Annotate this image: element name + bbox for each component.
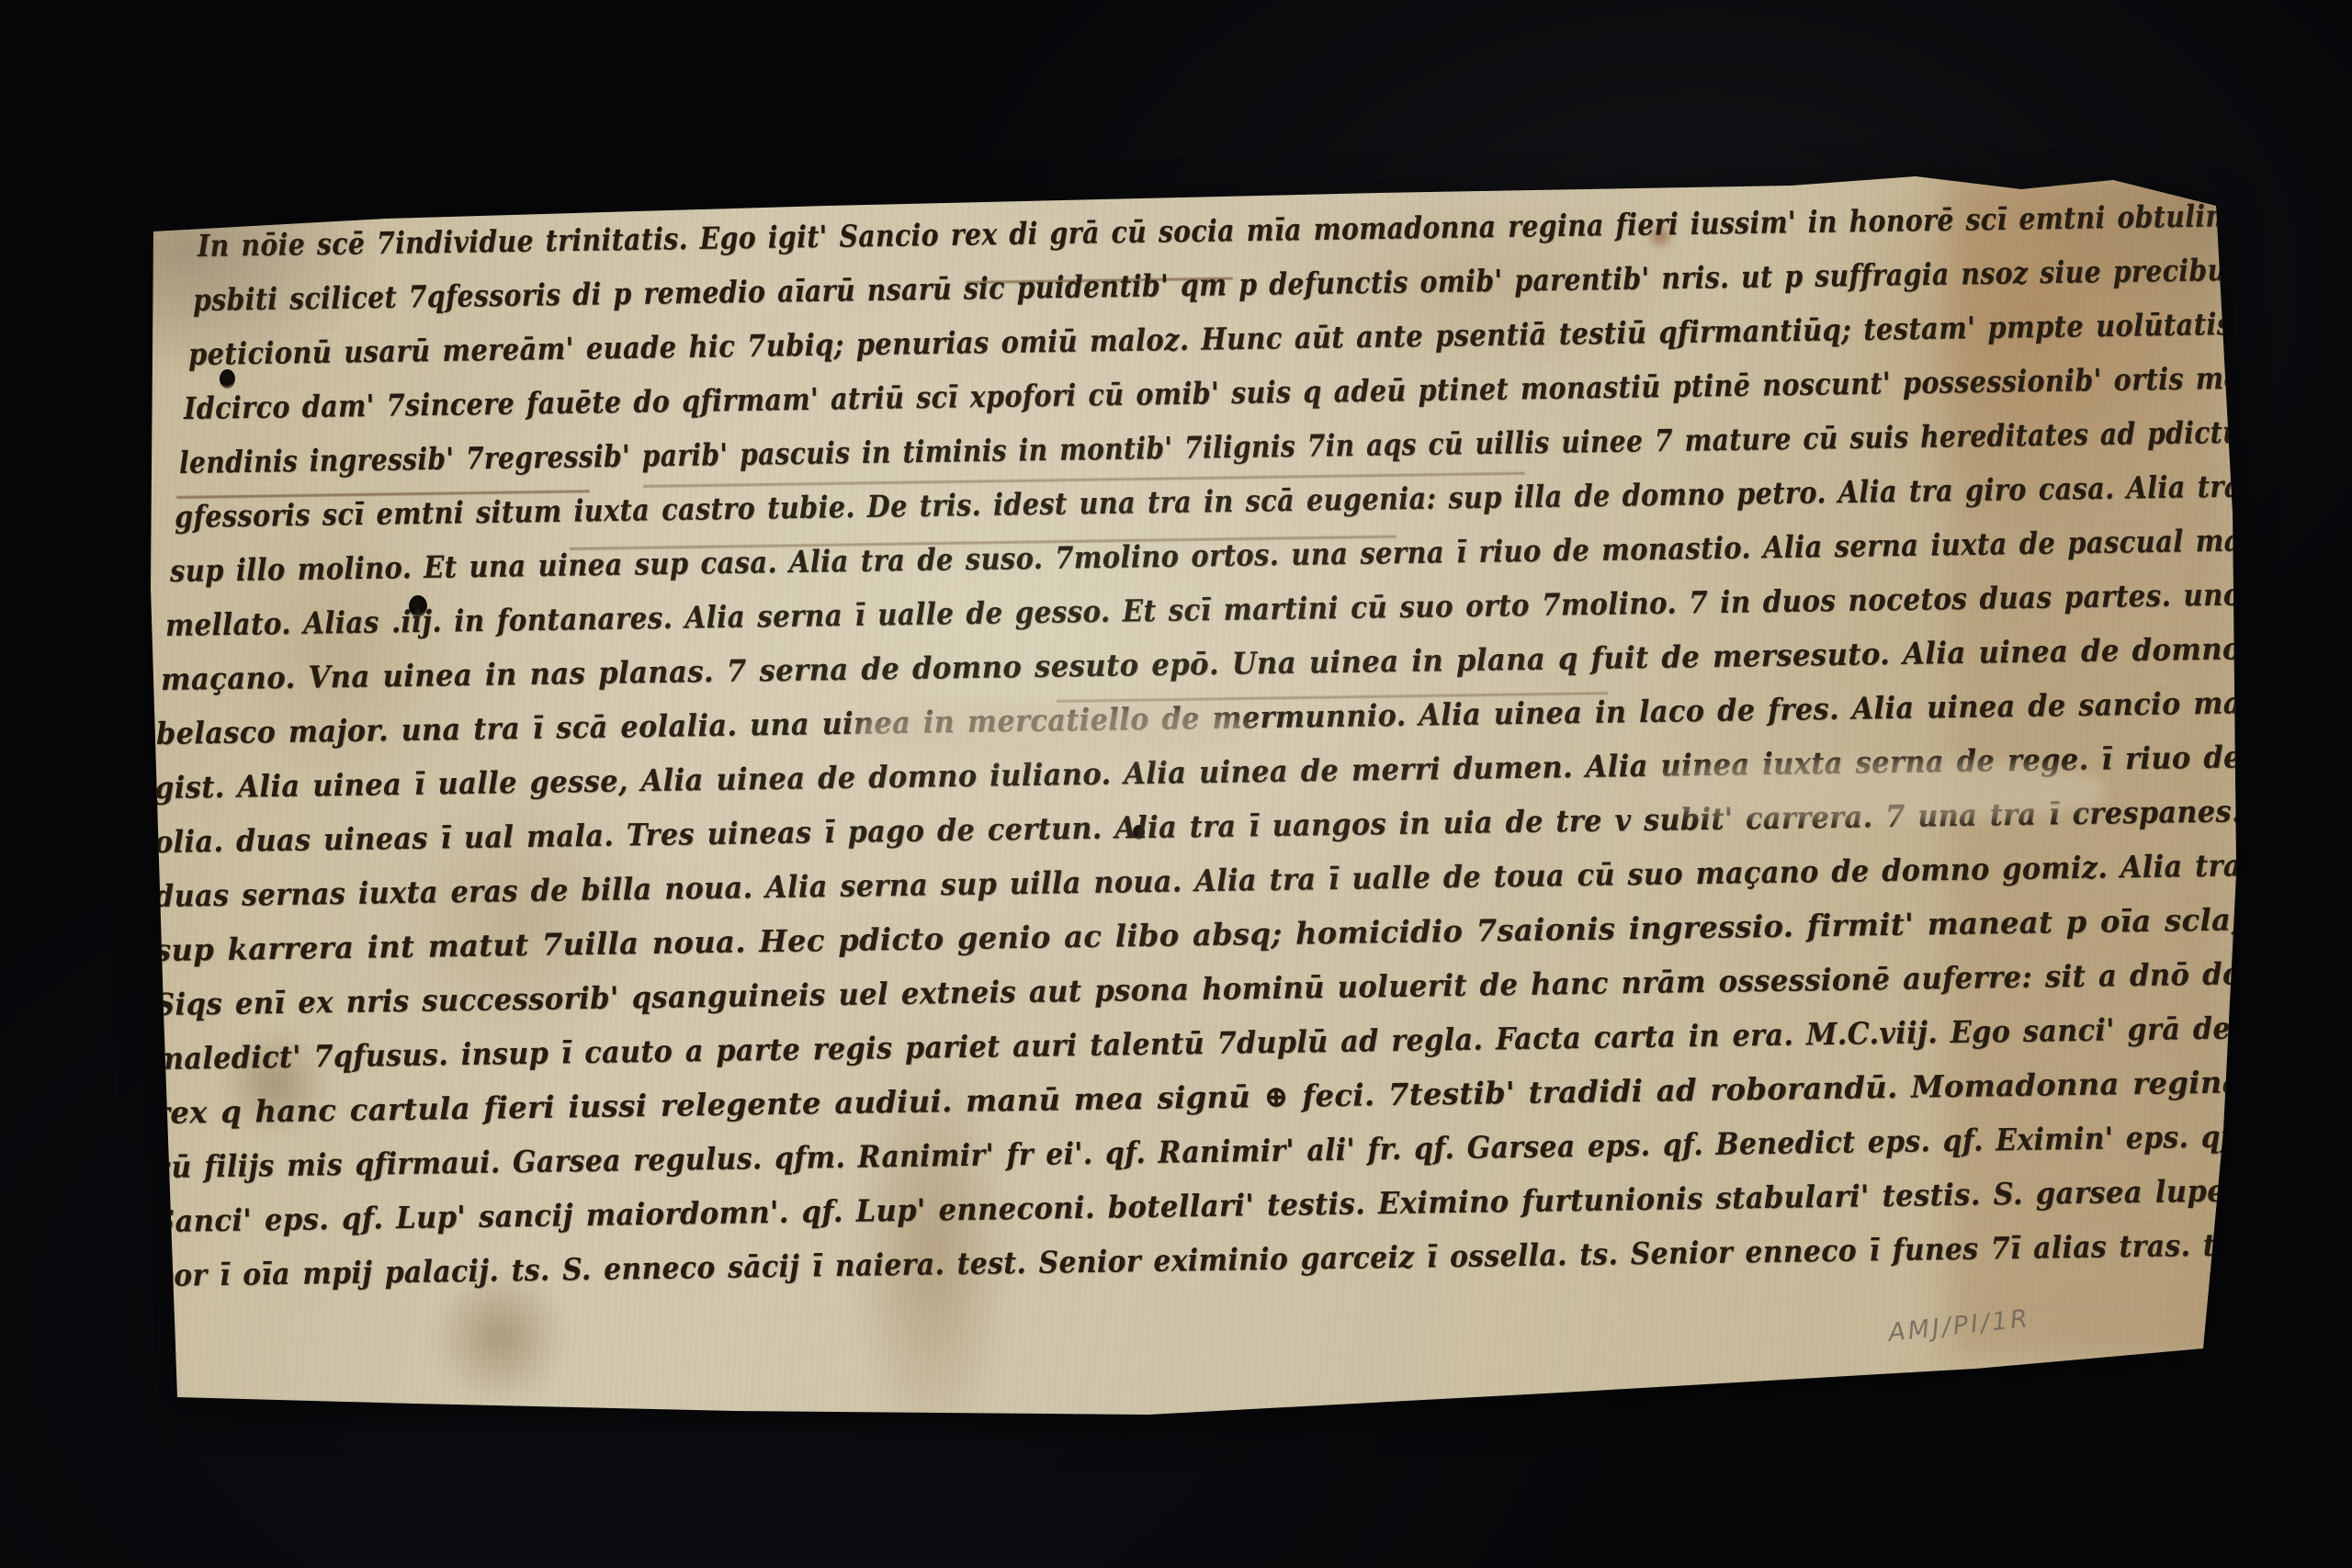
parchment-charter: In nōie scē 7individue trinitatis. Ego i…: [0, 0, 2352, 1568]
text-line-5: lendinis ingressib' 7regressib' parib' p…: [179, 414, 2242, 481]
text-line-7: sup illo molino. Et una uinea sup casa. …: [170, 523, 2242, 590]
text-line-8: mellato. Alias .iij. in fontanares. Alia…: [165, 576, 2242, 644]
text-line-13: duas sernas iuxta eras de billa noua. Al…: [154, 847, 2242, 915]
text-line-2: psbiti scilicet 7qfessoris di p remedio …: [193, 252, 2242, 319]
text-line-18: cū filijs mis qfirmaui. Garsea regulus. …: [154, 1118, 2242, 1186]
text-line-20: por ī oīa mpij palacij. ts. S. enneco sā…: [154, 1226, 2242, 1294]
faded-ink-patch: [1645, 761, 2104, 821]
text-line-4: Idcirco dam' 7sincere fauēte do qfirmam'…: [184, 360, 2242, 427]
text-line-17: rex q hanc cartula fieri iussi relegente…: [154, 1064, 2242, 1132]
photo-backdrop: In nōie scē 7individue trinitatis. Ego i…: [0, 0, 2352, 1568]
parchment-surface: In nōie scē 7individue trinitatis. Ego i…: [0, 0, 2352, 1568]
text-line-9: maçano. Vna uinea in nas planas. 7 serna…: [161, 630, 2242, 698]
text-line-16: maledict' 7qfusus. insup ī cauto a parte…: [154, 1010, 2242, 1077]
text-line-6: gfessoris scī emtni situm iuxta castro t…: [175, 468, 2242, 536]
text-line-14: sup karrera int matut 7uilla noua. Hec p…: [154, 901, 2242, 969]
text-line-1: In nōie scē 7individue trinitatis. Ego i…: [198, 197, 2242, 265]
text-line-3: peticionū usarū mereām' euade hic 7ubiq;…: [188, 306, 2242, 373]
text-line-15: Siqs enī ex nris successorib' qsanguinei…: [154, 955, 2242, 1023]
faded-ink-patch: [854, 705, 1249, 759]
text-line-19: Sanci' eps. qf. Lup' sancij maiordomn'. …: [154, 1172, 2242, 1240]
